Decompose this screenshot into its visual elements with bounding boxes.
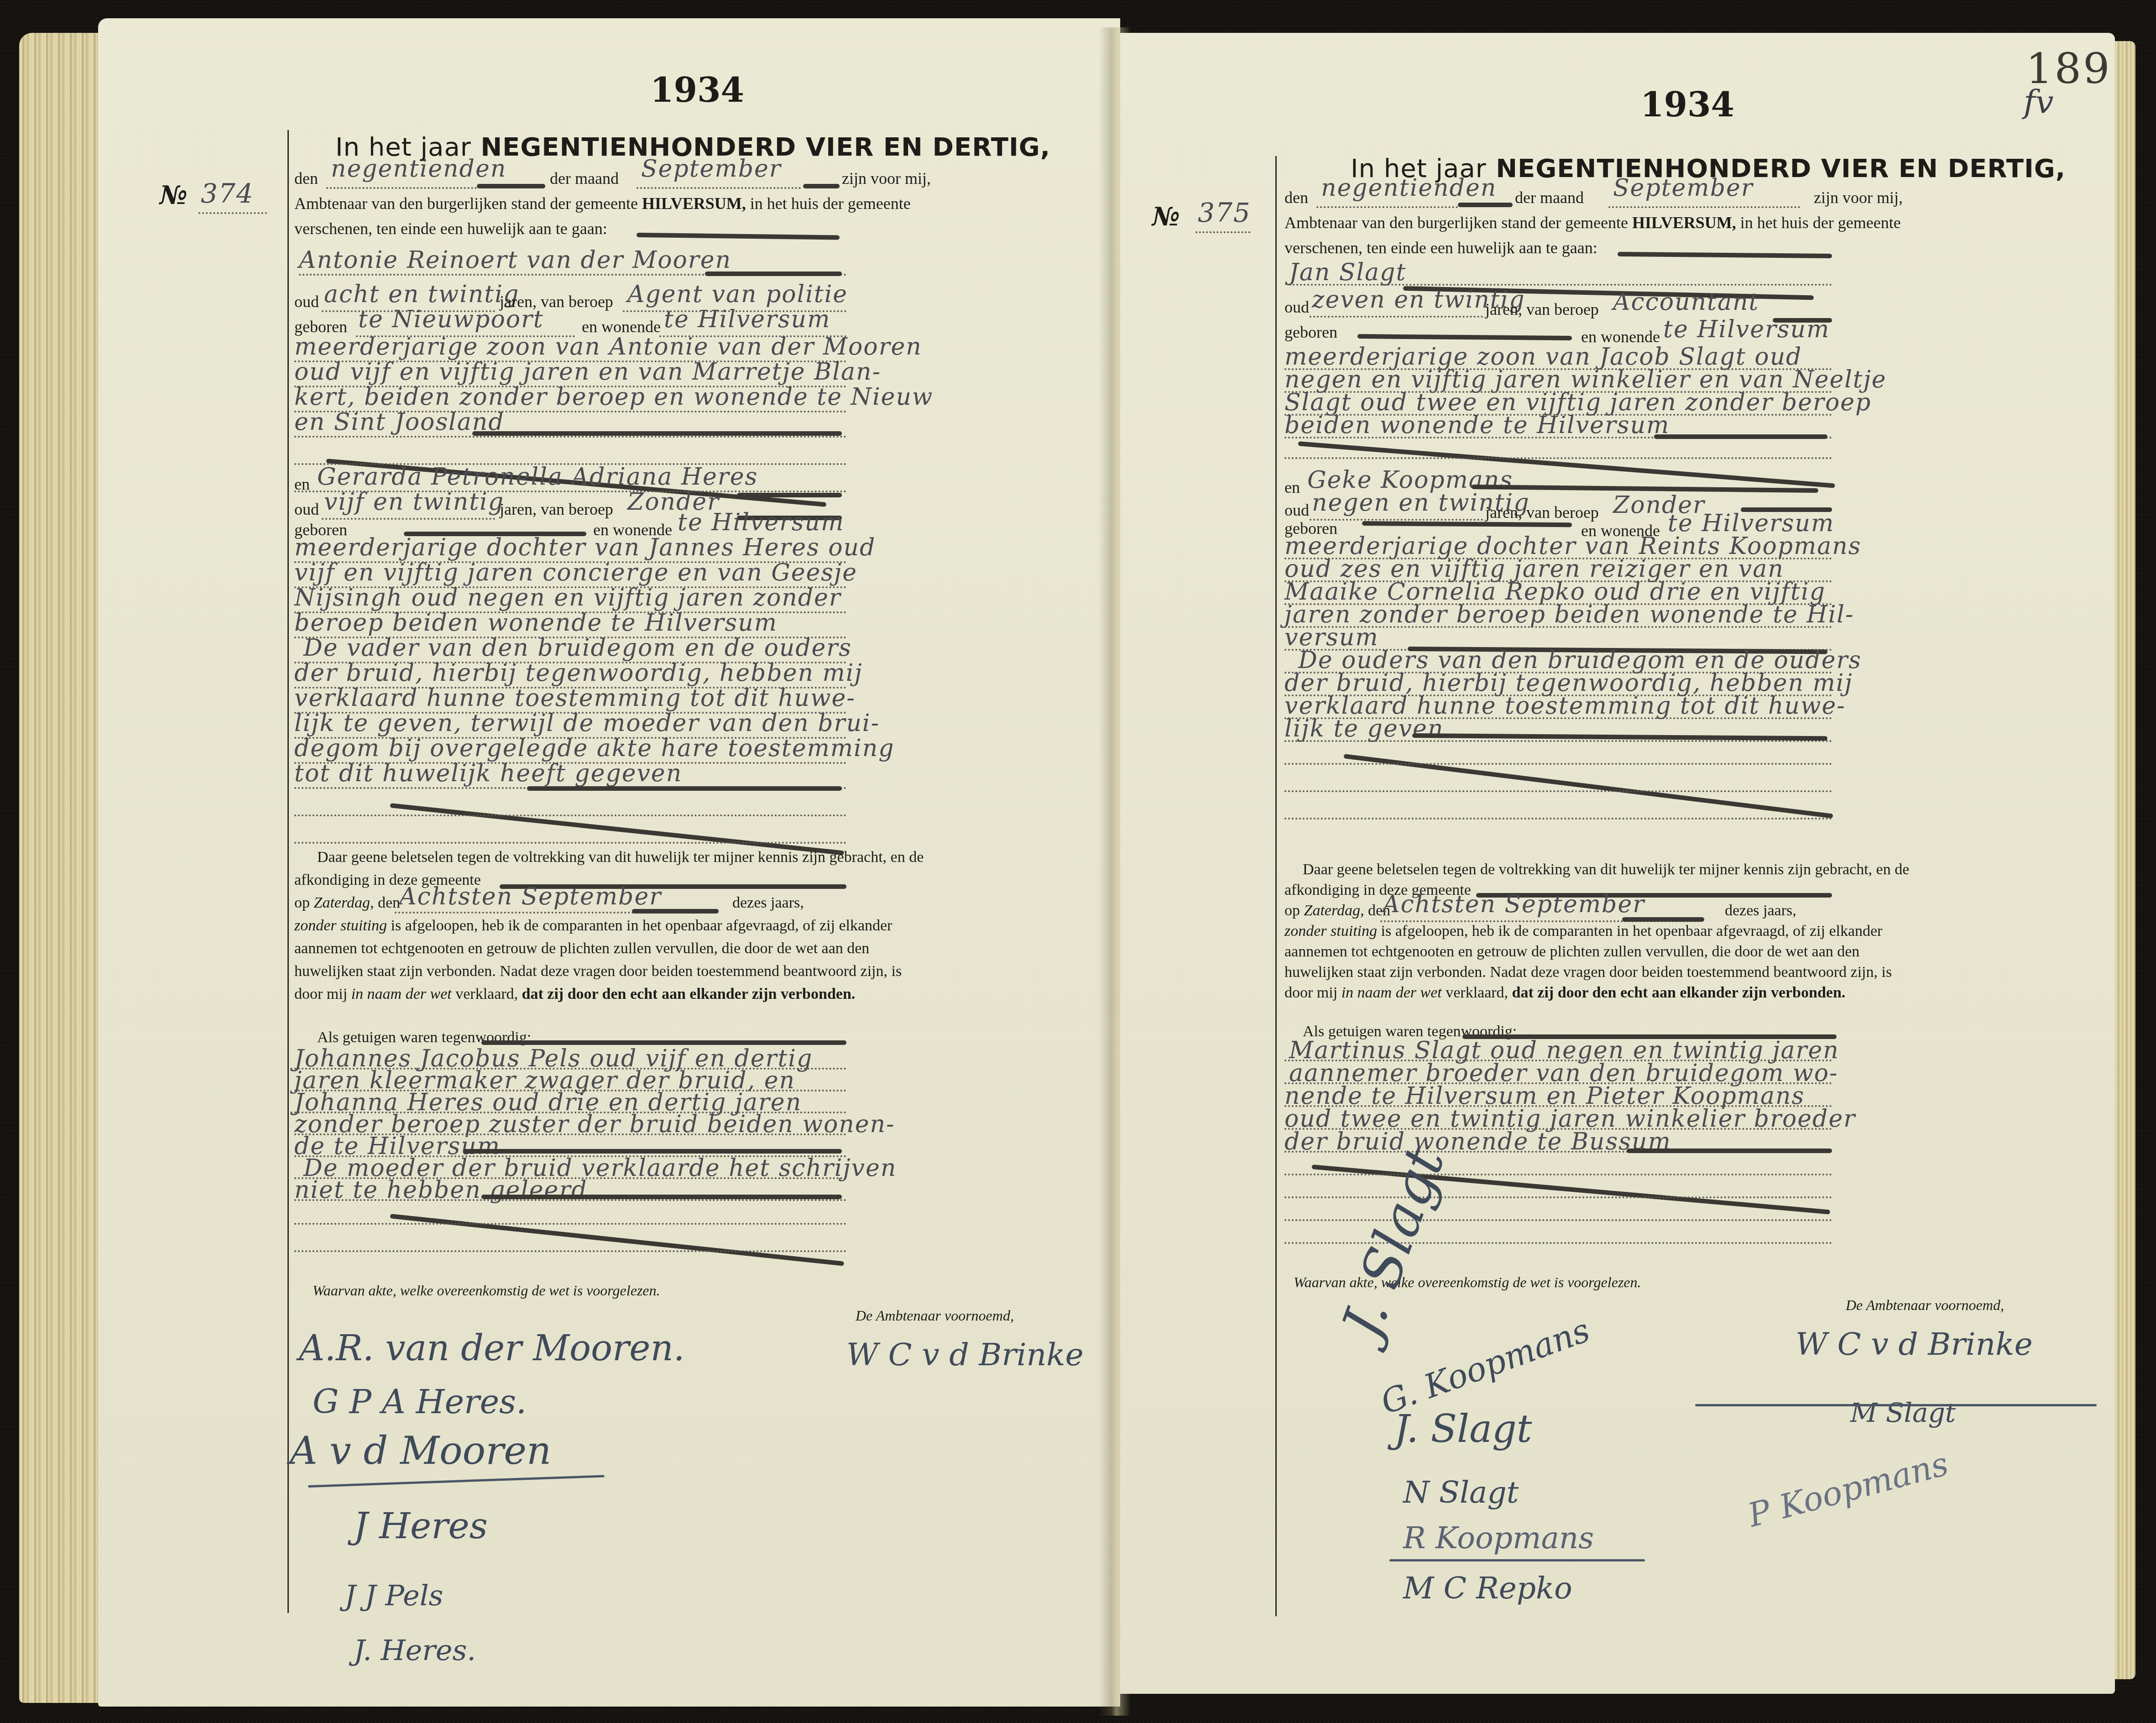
appeared-line: verschenen, ten einde een huwelijk aan t… <box>1284 238 1597 257</box>
fill-stroke <box>472 431 842 436</box>
para-text: verklaard, <box>455 986 518 1002</box>
fill-stroke <box>1622 917 1704 922</box>
dotline <box>294 1199 846 1201</box>
signature-bride: G. Koopmans <box>1376 1311 1595 1421</box>
in-naam-der-wet: in naam der wet <box>1342 984 1442 1001</box>
fill-stroke <box>803 184 840 188</box>
banns-line: op Zaterdag, den <box>1284 902 1390 919</box>
banns-date: Achtsten September <box>1383 891 1645 918</box>
line1-end: zijn voor mij, <box>1814 188 1903 207</box>
margin-rule <box>287 130 289 1613</box>
zonder-stuiting: zonder stuiting <box>294 917 387 934</box>
fill-stroke <box>1412 733 1827 741</box>
groom-birthplace: te Nieuwpoort <box>358 306 544 333</box>
jaren-label: jaren, van beroep <box>500 500 613 519</box>
oud-label: oud <box>1284 298 1309 317</box>
dotline <box>294 436 846 438</box>
para-text: Daar geene beletselen tegen de voltrekki… <box>1303 861 1909 878</box>
dotline <box>1284 790 1832 792</box>
municipality: HILVERSUM, <box>642 194 746 213</box>
left-page: 1934 № 374 In het jaar NEGENTIENHONDERD … <box>98 18 1120 1707</box>
bride-name: Gerarda Petronella Adriana Heres <box>317 463 758 491</box>
heading-year-words: NEGENTIENHONDERD VIER EN DERTIG, <box>1496 154 2066 183</box>
bride-residence: te Hilversum <box>678 509 844 536</box>
appeared-line: verschenen, ten einde een huwelijk aan t… <box>294 219 607 238</box>
groom-residence: te Hilversum <box>664 306 830 333</box>
fill-stroke <box>632 909 719 914</box>
registrar-text-end: in het huis der gemeente <box>1740 214 1901 232</box>
bride-detail-line: beroep beiden wonende te Hilversum <box>294 609 778 637</box>
para-text: huwelijken staat zijn verbonden. Nadat d… <box>294 963 902 980</box>
den-label: den <box>1284 188 1308 207</box>
signature-groom: A.R. van der Mooren. <box>299 1328 684 1369</box>
signature-witness: N Slagt <box>1403 1475 1519 1510</box>
weekday: Zaterdag, <box>1304 902 1364 919</box>
bride-age: vijf en twintig <box>324 488 504 516</box>
para-line: door mij in naam der wet verklaard, dat … <box>294 986 855 1003</box>
signature-official: W C v d Brinke <box>846 1337 1084 1373</box>
oud-label: oud <box>294 292 319 311</box>
dotline <box>1608 206 1800 208</box>
jaren-label: jaren, van beroep <box>1485 300 1599 319</box>
dotline <box>1284 1174 1832 1175</box>
dotline <box>1284 818 1832 820</box>
fill-stroke <box>481 1195 842 1199</box>
groom-detail-line: kert, beiden zonder beroep en wonende te… <box>294 383 933 411</box>
dotline <box>1284 763 1832 765</box>
para-text: door mij <box>294 986 347 1002</box>
month-written: September <box>641 155 782 183</box>
fill-stroke <box>527 786 842 791</box>
act-number-label: № <box>1152 202 1180 232</box>
day-written: negentienden <box>331 155 506 183</box>
signature-witness: M C Repko <box>1403 1571 1572 1606</box>
registrar-line: Ambtenaar van den burgerlijken stand der… <box>1284 213 1901 232</box>
fill-stroke <box>737 493 842 497</box>
signature-witness: J Heres <box>354 1506 488 1547</box>
dotline <box>294 1223 846 1225</box>
oud-label: oud <box>1284 501 1309 520</box>
registrar-line: Ambtenaar van den burgerlijken stand der… <box>294 194 911 213</box>
para-text: door mij <box>1284 984 1337 1001</box>
para-text: dezes jaars, <box>732 894 804 912</box>
registrar-text: Ambtenaar van den burgerlijken stand der… <box>1284 214 1628 232</box>
bride-detail-line: vijf en vijftig jaren concierge en van G… <box>294 559 857 586</box>
geboren-label: geboren <box>1284 323 1337 342</box>
para-text-bold: dat zij door den echt aan elkander zijn … <box>1512 984 1846 1001</box>
bride-detail-line: lijk te geven <box>1284 715 1444 742</box>
bride-detail-line: verklaard hunne toestemming tot dit huwe… <box>294 684 856 712</box>
para-text: Daar geene beletselen tegen de voltrekki… <box>317 849 924 866</box>
signature-witness: P Koopmans <box>1744 1444 1952 1535</box>
dotline <box>294 842 846 844</box>
fill-stroke <box>705 272 842 276</box>
para-text-bold: dat zij door den echt aan elkander zijn … <box>522 986 856 1002</box>
act-number-line <box>198 212 267 214</box>
op-label: op <box>1284 902 1300 919</box>
diagonal-cancel-stroke <box>390 803 844 855</box>
registrar-text: Ambtenaar van den burgerlijken stand der… <box>294 194 638 213</box>
dotline <box>294 1250 846 1252</box>
para-line: zonder stuiting is afgeloopen, heb ik de… <box>1284 923 1882 940</box>
bride-detail-line: De vader van den bruidegom en de ouders <box>303 634 852 662</box>
fill-stroke <box>1654 434 1827 439</box>
fill-stroke <box>463 1149 842 1154</box>
bride-detail-line: meerderjarige dochter van Jannes Heres o… <box>294 534 876 561</box>
para-text: huwelijken staat zijn verbonden. Nadat d… <box>1284 964 1892 981</box>
op-label: op <box>294 894 310 911</box>
act-number: 374 <box>201 178 254 209</box>
margin-rule <box>1275 156 1277 1616</box>
diagonal-cancel-stroke <box>390 1214 844 1266</box>
banns-line: op Zaterdag, den <box>294 894 400 912</box>
en-label: en <box>1284 478 1300 497</box>
date-line: den <box>294 169 318 188</box>
groom-occupation: Agent van politie <box>627 281 848 308</box>
act-number-label: № <box>160 180 188 210</box>
para-text: verklaard, <box>1446 984 1508 1001</box>
jaren-label: jaren, van beroep <box>1485 503 1599 522</box>
registrar-text-end: in het huis der gemeente <box>750 194 911 213</box>
groom-name: Antonie Reinoert van der Mooren <box>299 246 731 274</box>
bride-detail-line: der bruid, hierbij tegenwoordig, hebben … <box>294 659 863 687</box>
fill-stroke <box>1458 203 1513 207</box>
dotline <box>1284 1219 1832 1221</box>
bride-detail-line: lijk te geven, terwijl de moeder van den… <box>294 710 880 737</box>
groom-detail-line: oud vijf en vijftig jaren en van Marretj… <box>294 358 881 386</box>
margin-initials: fv <box>2024 83 2053 120</box>
en-label: en <box>294 475 310 494</box>
para-text: dezes jaars, <box>1725 902 1796 919</box>
weekday: Zaterdag, <box>314 894 374 911</box>
fill-stroke <box>1357 334 1572 340</box>
dotline <box>1284 1196 1832 1198</box>
bride-detail-line: tot dit huwelijk heeft gegeven <box>294 760 682 787</box>
fill-stroke <box>477 184 545 188</box>
in-naam-der-wet: in naam der wet <box>351 986 452 1002</box>
dotline <box>294 815 846 816</box>
oud-label: oud <box>294 500 319 519</box>
fill-stroke <box>1618 252 1832 258</box>
para-text: aannemen tot echtgenooten en getrouw de … <box>1284 943 1859 961</box>
para-line: zonder stuiting is afgeloopen, heb ik de… <box>294 917 892 935</box>
act-number-line <box>1195 231 1250 233</box>
signature-witness: J. Slagt <box>1394 1406 1532 1451</box>
month-written: September <box>1613 174 1754 202</box>
groom-name: Jan Slagt <box>1289 259 1406 286</box>
para-text: is afgeloopen, heb ik de comparanten in … <box>391 917 893 934</box>
groom-occupation: Accountant <box>1613 288 1759 316</box>
fill-stroke <box>637 233 840 240</box>
page-year: 1934 <box>650 71 744 110</box>
dotline <box>1316 206 1458 208</box>
official-label: De Ambtenaar voornoemd, <box>856 1307 1014 1324</box>
day-written: negentienden <box>1321 174 1497 202</box>
month-label: der maand <box>1515 188 1584 207</box>
official-label: De Ambtenaar voornoemd, <box>1846 1297 2004 1314</box>
groom-detail-line: beiden wonende te Hilversum <box>1284 412 1670 439</box>
municipality: HILVERSUM, <box>1632 214 1736 232</box>
bride-detail-line: Nijsingh oud negen en vijftig jaren zond… <box>294 584 841 611</box>
act-number: 375 <box>1198 197 1251 228</box>
signature-witness: M Slagt <box>1850 1397 1956 1428</box>
line1-end: zijn voor mij, <box>842 169 931 188</box>
signature-witness: J. Heres. <box>354 1634 476 1667</box>
signature-official: W C v d Brinke <box>1796 1326 2033 1363</box>
dotline <box>1310 316 1483 318</box>
signature-underline <box>1389 1559 1645 1561</box>
den-label: den <box>294 169 318 188</box>
fill-stroke <box>1627 1149 1832 1153</box>
dotline <box>1289 284 1832 286</box>
fill-stroke <box>481 1040 846 1045</box>
bride-detail-line: degom bij overgelegde akte hare toestemm… <box>294 735 894 762</box>
signature-bride: G P A Heres. <box>313 1383 527 1421</box>
groom-detail-line: meerderjarige zoon van Antonie van der M… <box>294 333 922 360</box>
den-label: den <box>378 894 400 911</box>
dotline <box>1284 457 1832 459</box>
page-year: 1934 <box>1640 85 1734 125</box>
dotline <box>322 518 495 520</box>
month-dotline <box>637 187 801 189</box>
day-dotline <box>326 187 477 189</box>
banns-date: Achtsten September <box>399 883 662 910</box>
signature-underline <box>1695 1404 2097 1406</box>
signature-witness: R Koopmans <box>1403 1520 1594 1556</box>
para-text: is afgeloopen, heb ik de comparanten in … <box>1381 923 1883 940</box>
right-page: 189 fv 1934 № 375 In het jaar NEGENTIENH… <box>1120 33 2115 1694</box>
para-line: door mij in naam der wet verklaard, dat … <box>1284 984 1845 1002</box>
closing-text: Waarvan akte, welke overeenkomstig de we… <box>313 1282 660 1299</box>
month-label: der maand <box>550 169 619 188</box>
groom-age: acht en twintig <box>324 281 519 308</box>
dotline <box>1284 740 1832 742</box>
book-page-edges-right <box>2113 41 2135 1679</box>
signature-underline <box>308 1475 605 1488</box>
book-page-edges-left <box>19 33 106 1703</box>
groom-residence: te Hilversum <box>1663 316 1830 343</box>
signature-witness: J J Pels <box>345 1579 443 1612</box>
fill-stroke <box>1362 521 1572 527</box>
para-text: aannemen tot echtgenooten en getrouw de … <box>294 940 869 957</box>
zonder-stuiting: zonder stuiting <box>1284 923 1377 940</box>
signature-witness: A v d Mooren <box>290 1428 551 1473</box>
